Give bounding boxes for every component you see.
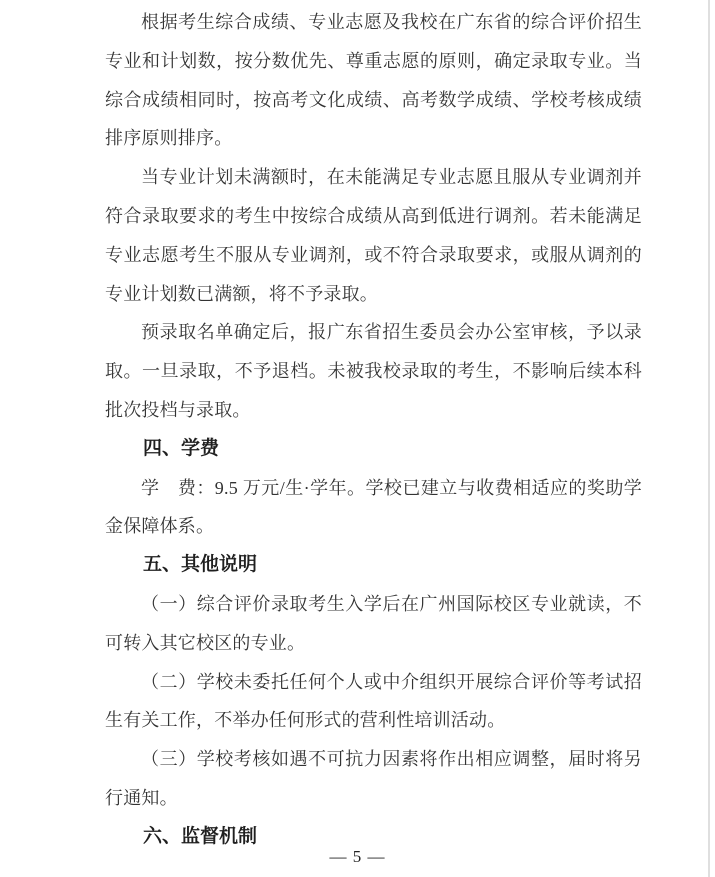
paragraph-admission-rule: 根据考生综合成绩、专业志愿及我校在广东省的综合评价招生专业和计划数，按分数优先、… (105, 3, 642, 158)
document-page: 根据考生综合成绩、专业志愿及我校在广东省的综合评价招生专业和计划数，按分数优先、… (0, 0, 715, 877)
paragraph-tuition-fee: 学 费：9.5 万元/生·学年。学校已建立与收费相适应的奖助学金保障体系。 (105, 469, 642, 547)
paragraph-pre-admission-review: 预录取名单确定后，报广东省招生委员会办公室审核，予以录取。一旦录取，不予退档。未… (105, 313, 642, 429)
page-edge-line (708, 0, 710, 877)
paragraph-note-2-no-agents: （二）学校未委托任何个人或中介组织开展综合评价等考试招生有关工作，不举办任何形式… (105, 663, 642, 741)
paragraph-note-1-campus: （一）综合评价录取考生入学后在广州国际校区专业就读，不可转入其它校区的专业。 (105, 585, 642, 663)
heading-other-notes: 五、其他说明 (105, 546, 642, 585)
page-number: — 5 — (0, 847, 715, 867)
heading-tuition: 四、学费 (105, 430, 642, 469)
paragraph-adjustment-rule: 当专业计划未满额时，在未能满足专业志愿且服从专业调剂并符合录取要求的考生中按综合… (105, 158, 642, 313)
paragraph-note-3-force-majeure: （三）学校考核如遇不可抗力因素将作出相应调整，届时将另行通知。 (105, 740, 642, 818)
document-body: 根据考生综合成绩、专业志愿及我校在广东省的综合评价招生专业和计划数，按分数优先、… (105, 3, 642, 857)
